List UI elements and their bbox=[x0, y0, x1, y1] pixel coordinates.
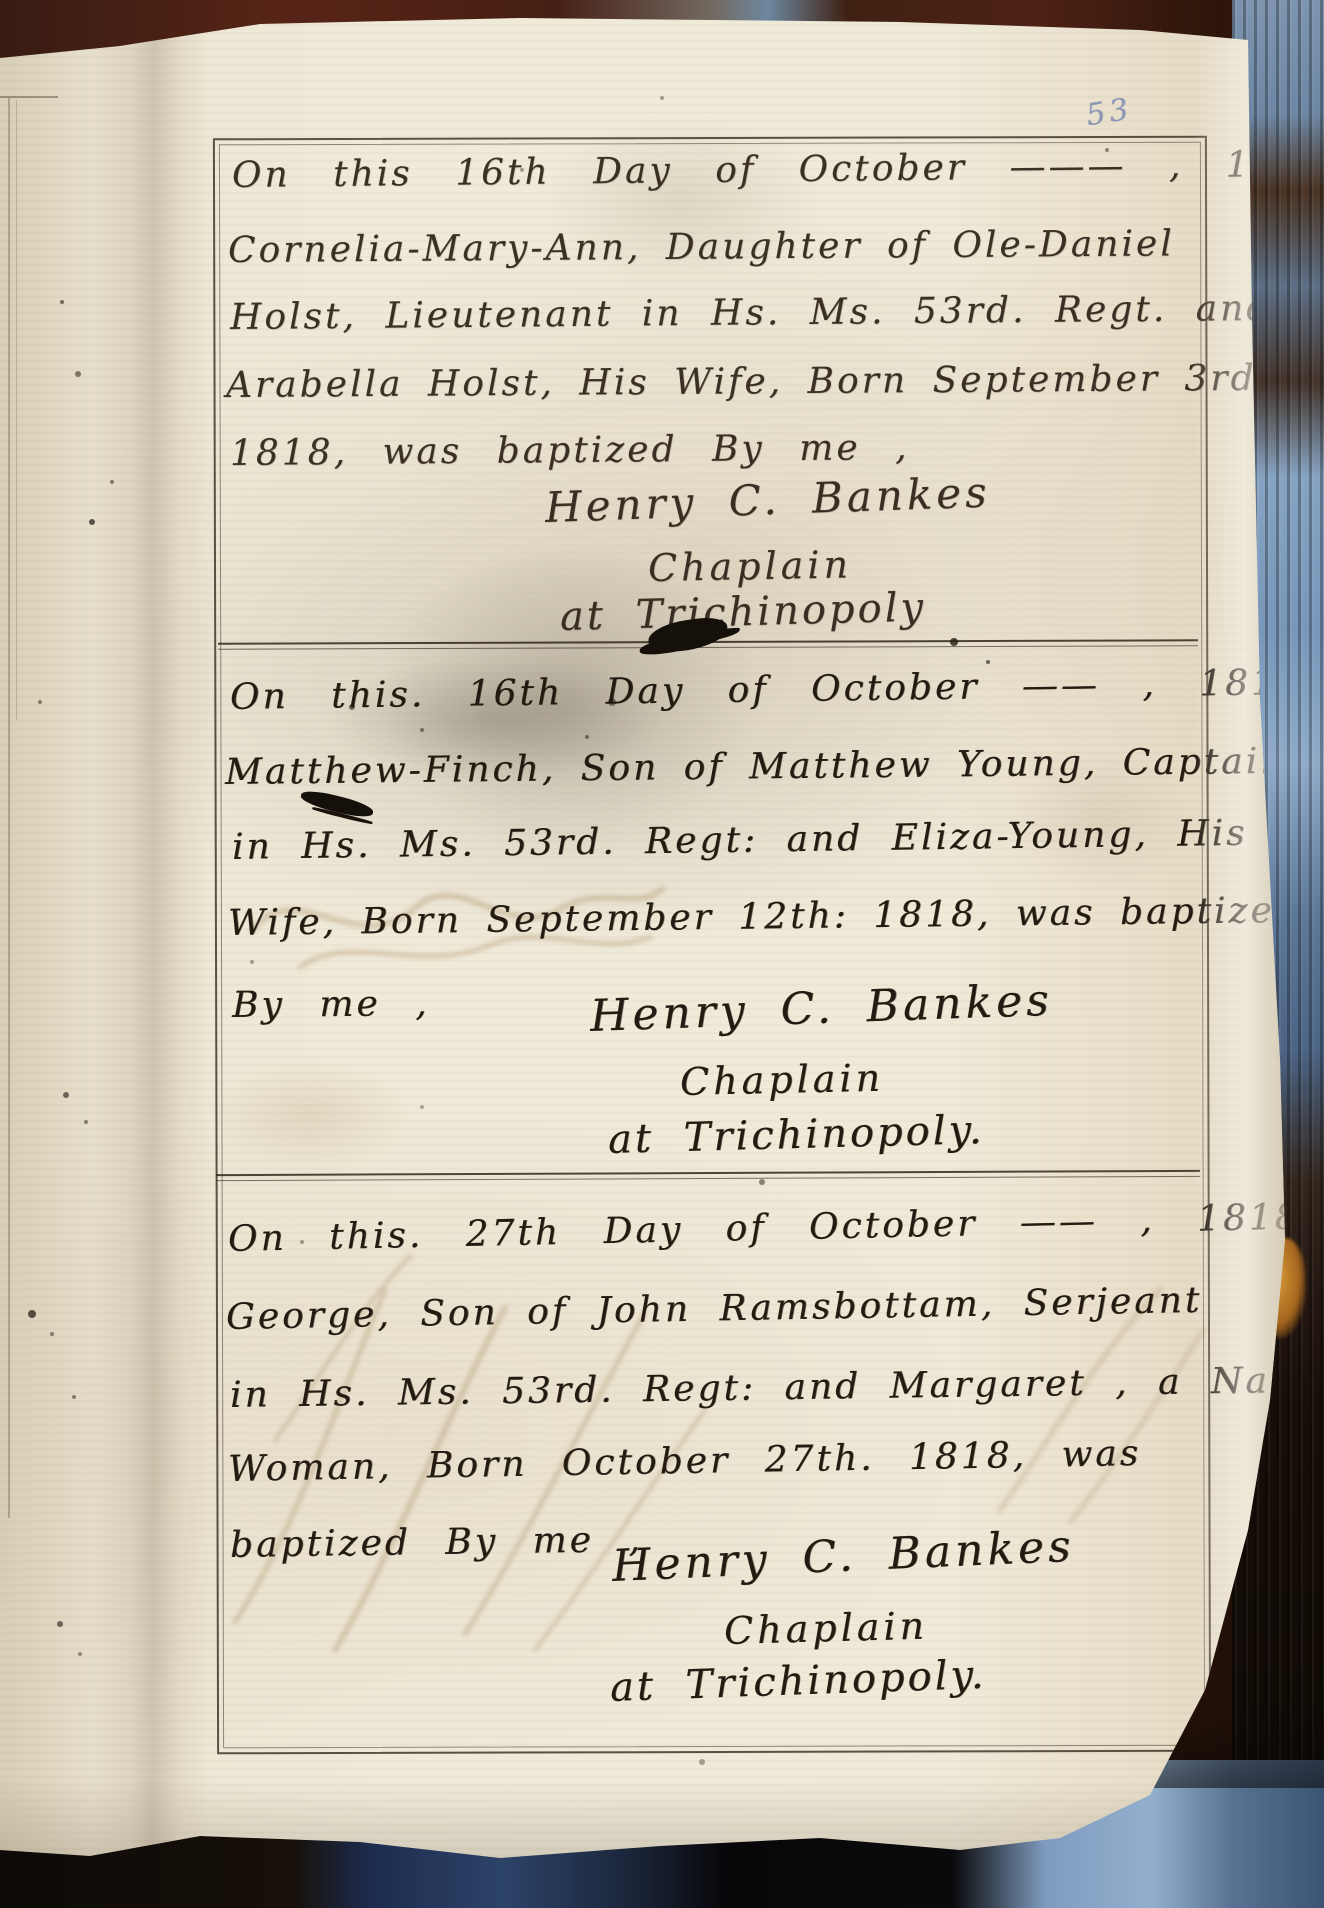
register-page: 53 On this 16th Day of October ——— , 181… bbox=[0, 0, 1324, 1908]
photo-baptism-register: 53 On this 16th Day of October ——— , 181… bbox=[0, 0, 1324, 1908]
signature-title: Chaplain bbox=[680, 1059, 885, 1101]
folio-number: 53 bbox=[1084, 95, 1134, 132]
entry-line: By me , bbox=[232, 986, 430, 1024]
signature-place: at Trichinopoly. bbox=[607, 1110, 984, 1160]
binding-fold bbox=[92, 0, 210, 1870]
entry-line: 1818, was baptized By me , bbox=[230, 430, 910, 472]
facing-page-rule-vertical-inner bbox=[16, 100, 17, 720]
entry-line: baptized By me , bbox=[230, 1522, 643, 1564]
signature-title: Chaplain bbox=[724, 1607, 929, 1650]
entry-line: Cornelia-Mary-Ann, Daughter of Ole-Danie… bbox=[228, 226, 1175, 269]
entry-line: Holst, Lieutenant in Hs. Ms. 53rd. Regt.… bbox=[230, 291, 1273, 336]
signature-place: at Trichinopoly bbox=[559, 587, 926, 637]
signature-title: Chaplain bbox=[648, 545, 853, 587]
entry-line: Arabella Holst, His Wife, Born September… bbox=[226, 361, 1257, 404]
facing-page-rule-vertical bbox=[8, 98, 10, 1518]
